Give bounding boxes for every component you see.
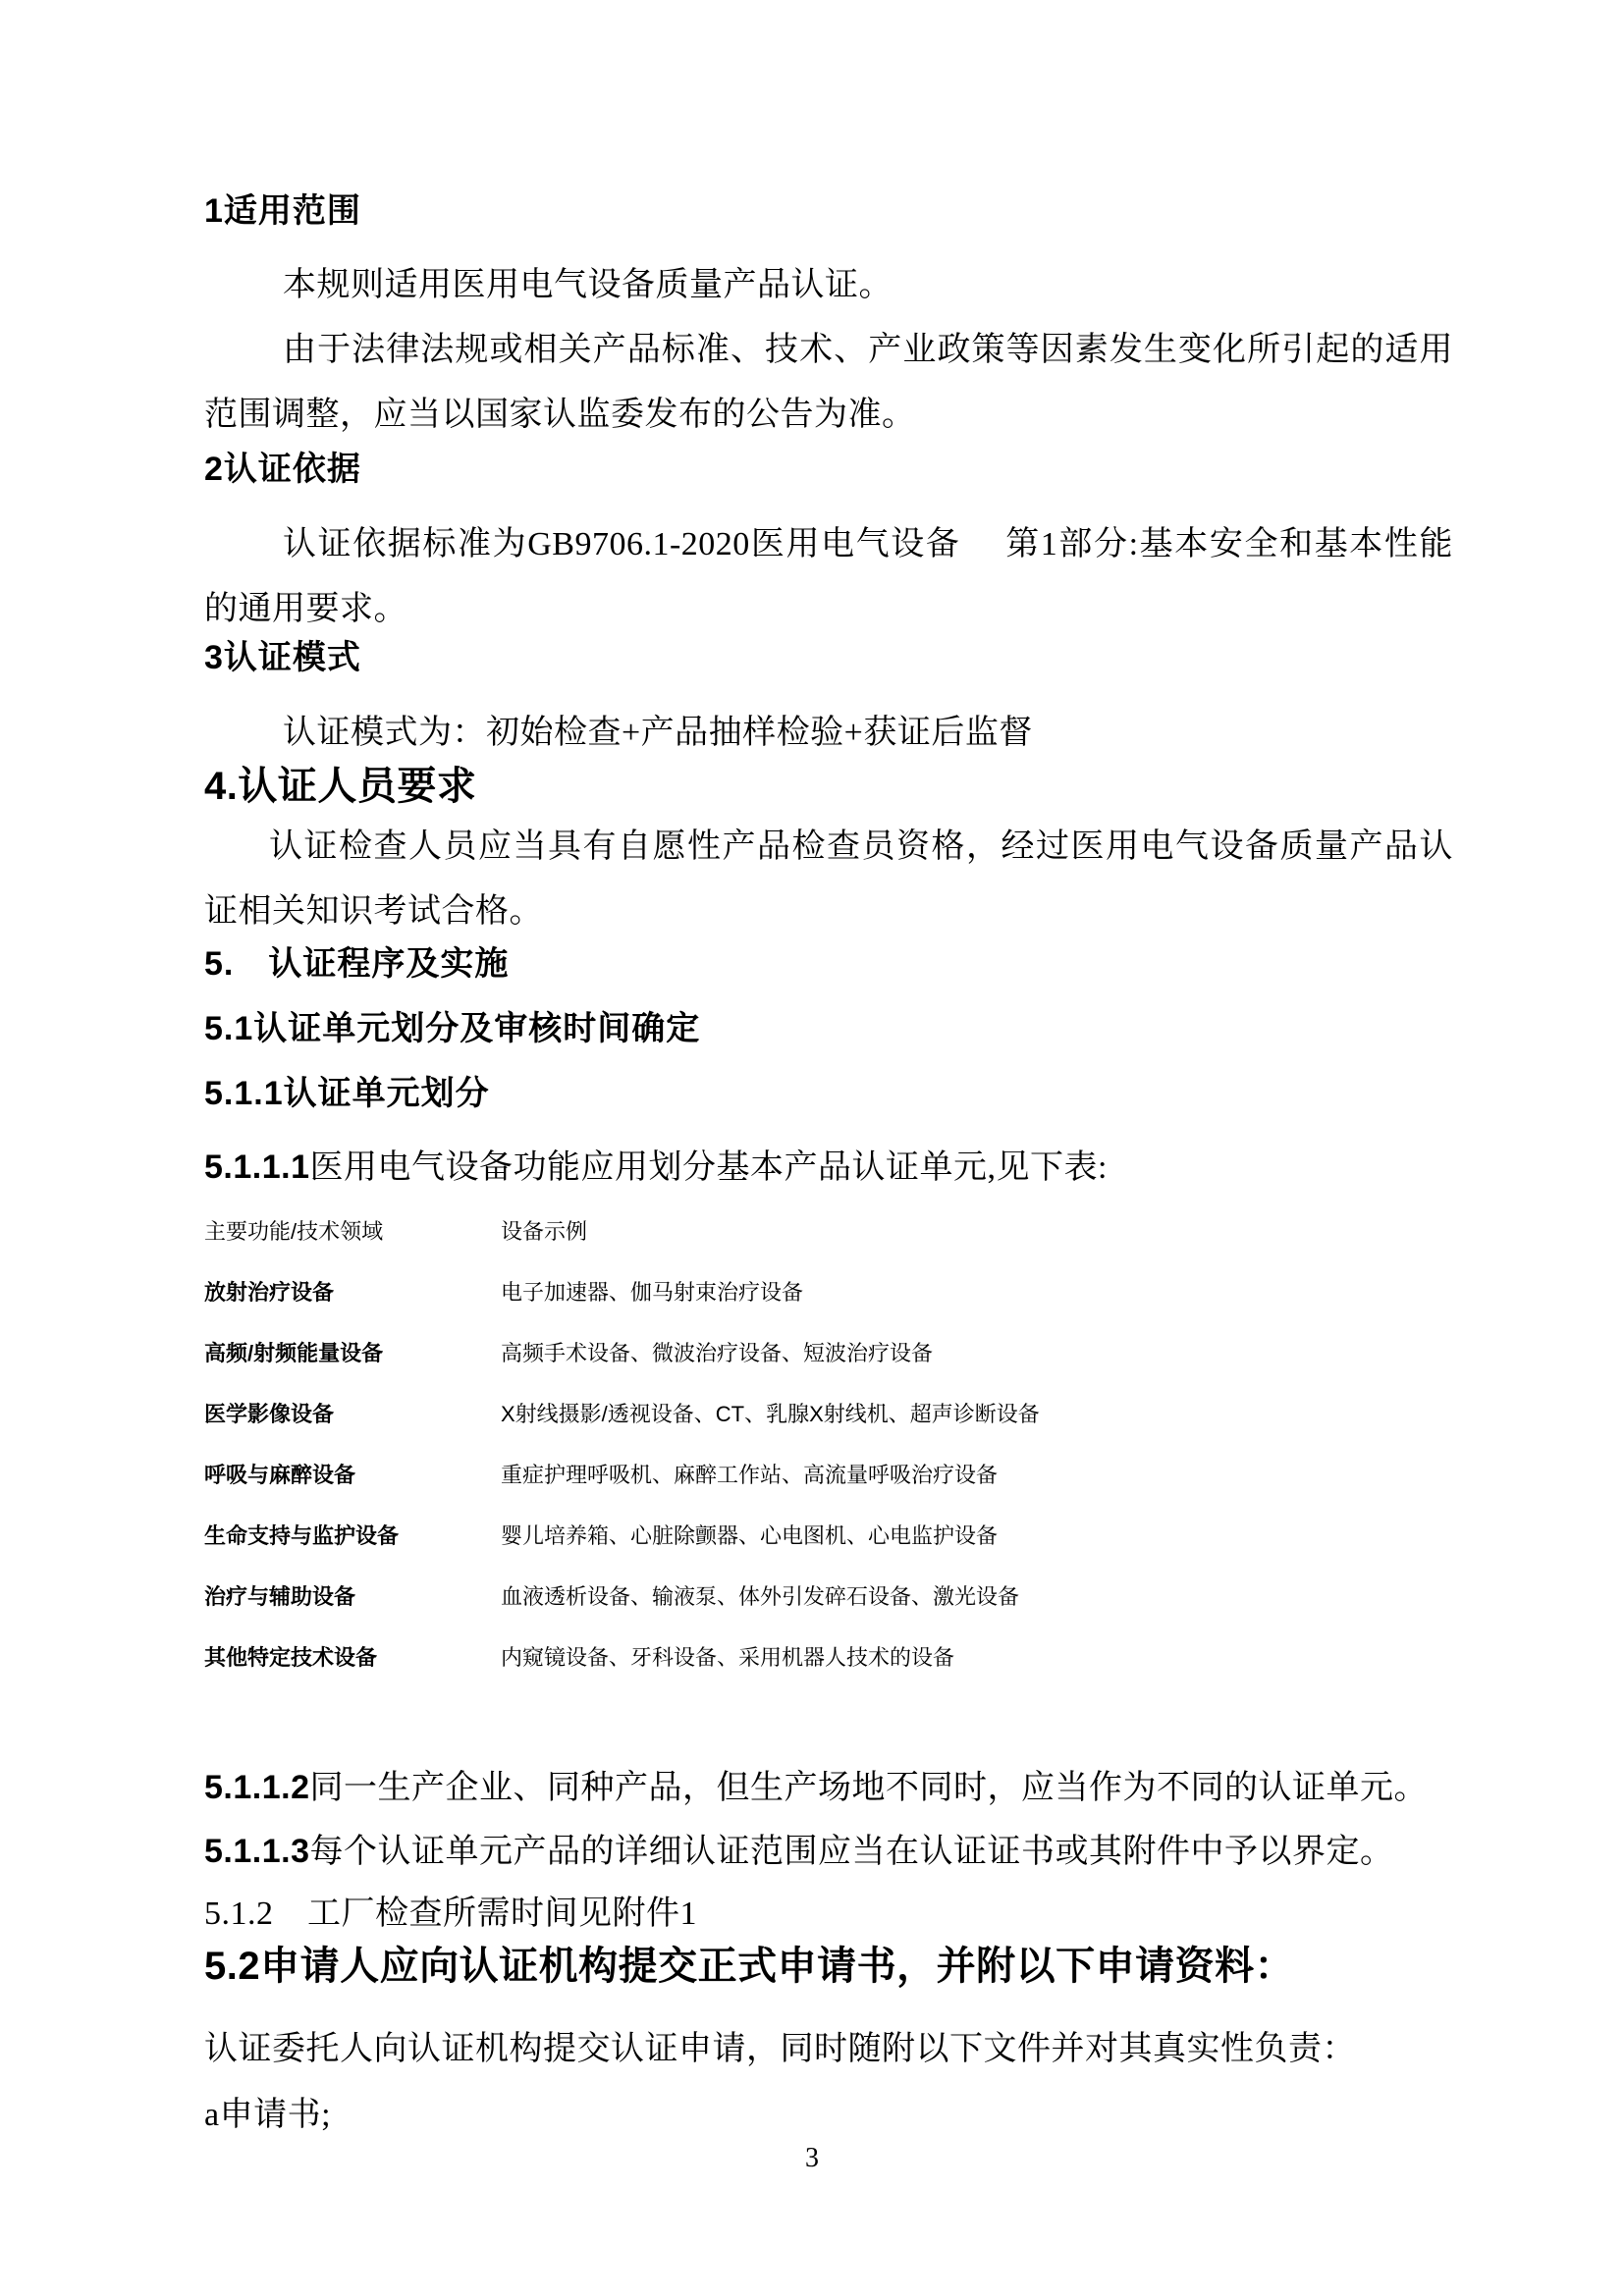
- paragraph-factory-time: 5.1.2 工厂检查所需时间见附件1: [204, 1882, 1453, 1947]
- table-cell-category: 高频/射频能量设备: [204, 1339, 489, 1368]
- heading-unit-division-time: 5.1认证单元划分及审核时间确定: [204, 1007, 1453, 1050]
- paragraph-unit-2: 5.1.1.2同一生产企业、同种产品，但生产场地不同时，应当作为不同的认证单元。: [204, 1755, 1453, 1821]
- paragraph-application-1: 认证委托人向认证机构提交认证申请，同时随附以下文件并对其真实性负责：: [204, 2017, 1453, 2082]
- clause-text: 每个认证单元产品的详细认证范围应当在认证证书或其附件中予以界定。: [309, 1834, 1393, 1870]
- table-cell-examples: 电子加速器、伽马射束治疗设备: [501, 1278, 1443, 1308]
- clause-number: 5.1.1.1: [204, 1148, 309, 1186]
- table-cell-examples: 血液透析设备、输液泵、体外引发碎石设备、激光设备: [501, 1582, 1443, 1612]
- table-header-category: 主要功能/技术领域: [204, 1217, 489, 1247]
- table-header-examples: 设备示例: [501, 1217, 1443, 1247]
- table-cell-category: 生命支持与监护设备: [204, 1522, 489, 1551]
- heading-unit-division: 5.1.1认证单元划分: [204, 1072, 1453, 1115]
- heading-scope: 1适用范围: [204, 189, 1453, 233]
- paragraph-mode: 认证模式为：初始检查+产品抽样检验+获证后监督: [204, 701, 1453, 766]
- paragraph-application-2: a申请书;: [204, 2083, 1453, 2148]
- paragraph-unit-3: 5.1.1.3每个认证单元产品的详细认证范围应当在认证证书或其附件中予以界定。: [204, 1819, 1453, 1885]
- table-row: 其他特定技术设备 内窥镜设备、牙科设备、采用机器人技术的设备: [204, 1643, 1453, 1704]
- paragraph-unit-1: 5.1.1.1医用电气设备功能应用划分基本产品认证单元,见下表:: [204, 1135, 1453, 1201]
- paragraph-basis: 认证依据标准为GB9706.1-2020医用电气设备 第1部分:基本安全和基本性…: [204, 512, 1453, 642]
- page-number: 3: [0, 2142, 1624, 2175]
- table-row: 生命支持与监护设备 婴儿培养箱、心脏除颤器、心电图机、心电监护设备: [204, 1522, 1453, 1582]
- table-row: 高频/射频能量设备 高频手术设备、微波治疗设备、短波治疗设备: [204, 1339, 1453, 1400]
- table-cell-category: 呼吸与麻醉设备: [204, 1461, 489, 1490]
- table-cell-category: 医学影像设备: [204, 1400, 489, 1429]
- table-row: 医学影像设备 X射线摄影/透视设备、CT、乳腺X射线机、超声诊断设备: [204, 1400, 1453, 1461]
- document-page: 1适用范围 本规则适用医用电气设备质量产品认证。 由于法律法规或相关产品标准、技…: [0, 0, 1624, 2296]
- clause-number: 5.1.1.3: [204, 1833, 309, 1870]
- table-row: 呼吸与麻醉设备 重症护理呼吸机、麻醉工作站、高流量呼吸治疗设备: [204, 1461, 1453, 1522]
- heading-basis: 2认证依据: [204, 448, 1453, 491]
- heading-personnel: 4.认证人员要求: [204, 762, 1453, 811]
- clause-text: 医用电气设备功能应用划分基本产品认证单元,见下表:: [309, 1149, 1107, 1186]
- table-header-row: 主要功能/技术领域 设备示例: [204, 1217, 1453, 1278]
- table-cell-examples: 内窥镜设备、牙科设备、采用机器人技术的设备: [501, 1643, 1443, 1673]
- clause-number: 5.1.1.2: [204, 1769, 309, 1806]
- table-cell-examples: 婴儿培养箱、心脏除颤器、心电图机、心电监护设备: [501, 1522, 1443, 1551]
- heading-procedure: 5. 认证程序及实施: [204, 942, 1453, 986]
- table-cell-examples: X射线摄影/透视设备、CT、乳腺X射线机、超声诊断设备: [501, 1400, 1443, 1429]
- table-row: 治疗与辅助设备 血液透析设备、输液泵、体外引发碎石设备、激光设备: [204, 1582, 1453, 1643]
- paragraph-scope: 本规则适用医用电气设备质量产品认证。: [204, 253, 1453, 318]
- table-cell-category: 放射治疗设备: [204, 1278, 489, 1308]
- paragraph-scope-change: 由于法律法规或相关产品标准、技术、产业政策等因素发生变化所引起的适用范围调整，应…: [204, 318, 1453, 448]
- table-cell-category: 治疗与辅助设备: [204, 1582, 489, 1612]
- paragraph-personnel: 认证检查人员应当具有自愿性产品检查员资格，经过医用电气设备质量产品认证相关知识考…: [204, 815, 1453, 944]
- clause-text: 同一生产企业、同种产品，但生产场地不同时，应当作为不同的认证单元。: [309, 1770, 1428, 1806]
- heading-mode: 3认证模式: [204, 636, 1453, 679]
- table-cell-examples: 重症护理呼吸机、麻醉工作站、高流量呼吸治疗设备: [501, 1461, 1443, 1490]
- table-cell-examples: 高频手术设备、微波治疗设备、短波治疗设备: [501, 1339, 1443, 1368]
- table-cell-category: 其他特定技术设备: [204, 1643, 489, 1673]
- heading-application: 5.2申请人应向认证机构提交正式申请书，并附以下申请资料：: [204, 1942, 1453, 1991]
- table-row: 放射治疗设备 电子加速器、伽马射束治疗设备: [204, 1278, 1453, 1339]
